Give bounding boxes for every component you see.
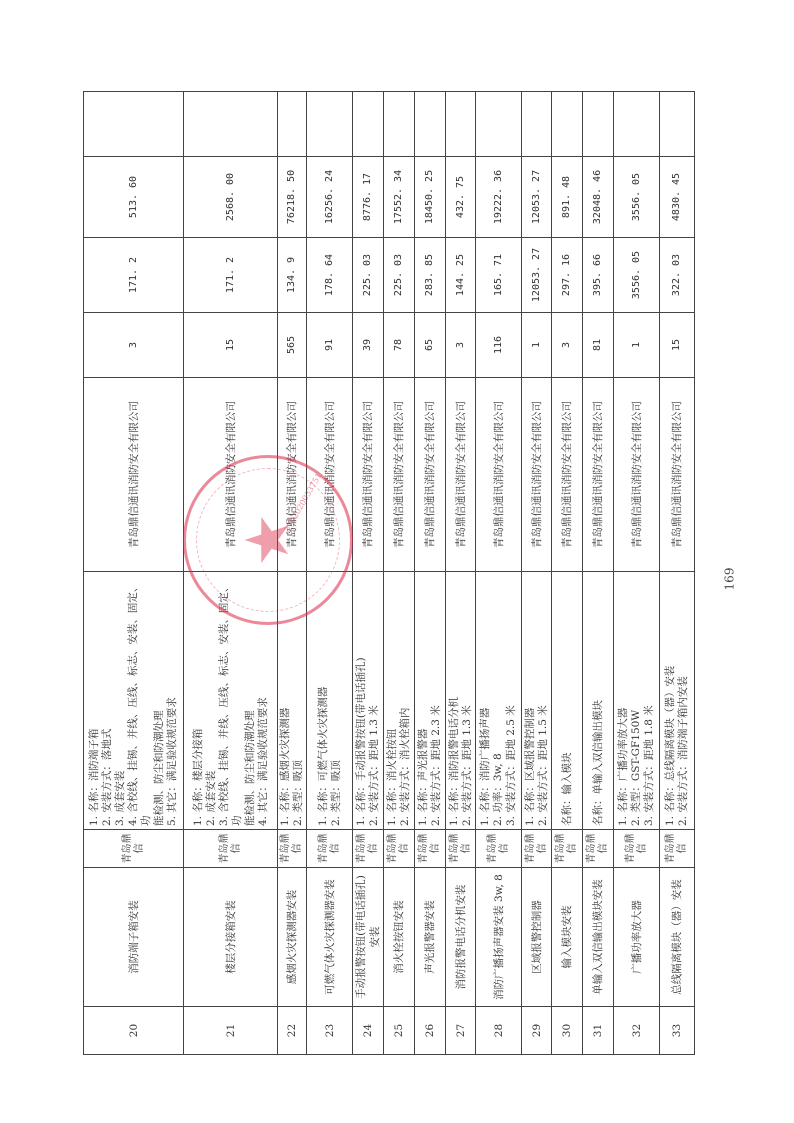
manufacturer-cell: 青岛鼎信通讯消防安全有限公司 [415,378,446,572]
remark-cell [184,92,278,157]
manufacturer-cell: 青岛鼎信通讯消防安全有限公司 [660,378,695,572]
table-row: 21楼层分接箱安装青岛鼎信1. 名称：楼层分接箱 2. 成套安装 3. 含校线、… [184,92,278,1055]
amount-cell: 17552. 34 [384,157,415,238]
seq-cell: 28 [476,1007,522,1055]
manufacturer-cell: 青岛鼎信通讯消防安全有限公司 [552,378,583,572]
spec-cell: 名称：输入模块 [552,572,583,830]
amount-cell: 3556. 05 [614,157,660,238]
table-row: 31单输入双信输出模块安装青岛鼎信名称：单输入双信输出模块青岛鼎信通讯消防安全有… [583,92,614,1055]
amount-cell: 12053. 27 [522,157,552,238]
quantity-cell: 3 [552,313,583,378]
seq-cell: 33 [660,1007,695,1055]
brand-cell: 青岛鼎信 [353,830,384,868]
quantity-cell: 116 [476,313,522,378]
manufacturer-cell: 青岛鼎信通讯消防安全有限公司 [307,378,353,572]
seq-cell: 27 [446,1007,476,1055]
brand-cell: 青岛鼎信 [446,830,476,868]
unit-price-cell: 178. 64 [307,238,353,313]
unit-price-cell: 225. 03 [353,238,384,313]
quantity-cell: 81 [583,313,614,378]
spec-cell: 1. 名称：手动报警按钮(带电话插孔) 2. 安装方式：距地 1.3 米 [353,572,384,830]
manufacturer-cell: 青岛鼎信通讯消防安全有限公司 [384,378,415,572]
table-row: 30输入模块安装青岛鼎信名称：输入模块青岛鼎信通讯消防安全有限公司3297. 1… [552,92,583,1055]
manufacturer-cell: 青岛鼎信通讯消防安全有限公司 [353,378,384,572]
spec-cell: 1. 名称：可燃气体火灾探测器 2. 类型：吸顶 [307,572,353,830]
item-name-cell: 输入模块安装 [552,868,583,1007]
table-row: 29区域报警控制器青岛鼎信1. 名称：区域报警控制器 2. 安装方式：距地 1.… [522,92,552,1055]
quantity-cell: 15 [184,313,278,378]
remark-cell [583,92,614,157]
table-row: 25消火栓按钮安装青岛鼎信1. 名称：消火栓按钮 2. 安装方式：消火栓箱内青岛… [384,92,415,1055]
quantity-cell: 39 [353,313,384,378]
amount-cell: 19222. 36 [476,157,522,238]
amount-cell: 32048. 46 [583,157,614,238]
item-name-cell: 单输入双信输出模块安装 [583,868,614,1007]
spec-cell: 1. 名称：消防广播扬声器 2. 功率：3w, 8 3. 安装方式：距地 2.5… [476,572,522,830]
brand-cell: 青岛鼎信 [552,830,583,868]
spec-cell: 1. 名称：楼层分接箱 2. 成套安装 3. 含校线、挂锡、并线、压线、标志、安… [184,572,278,830]
unit-price-cell: 144. 25 [446,238,476,313]
item-name-cell: 广播功率放大器 [614,868,660,1007]
quantity-cell: 78 [384,313,415,378]
table-row: 28消防广播扬声器安装 3w, 8青岛鼎信1. 名称：消防广播扬声器 2. 功率… [476,92,522,1055]
brand-cell: 青岛鼎信 [184,830,278,868]
unit-price-cell: 171. 2 [84,238,184,313]
spec-cell: 1. 名称：广播功率放大器 2. 类型：GST-GF150W 3. 安装方式：距… [614,572,660,830]
rotated-table-sheet: 20消防端子箱安装青岛鼎信1. 名称：消防端子箱 2. 安装方式：落地式 3. … [83,92,693,1055]
amount-cell: 891. 48 [552,157,583,238]
item-name-cell: 区域报警控制器 [522,868,552,1007]
remark-cell [415,92,446,157]
brand-cell: 青岛鼎信 [660,830,695,868]
seq-cell: 22 [278,1007,307,1055]
item-name-cell: 手动报警按钮(带电话插孔)安装 [353,868,384,1007]
unit-price-cell: 3556. 05 [614,238,660,313]
brand-cell: 青岛鼎信 [307,830,353,868]
unit-price-cell: 283. 85 [415,238,446,313]
table-row: 33总线隔离模块（器）安装青岛鼎信1. 名称：总线隔离模块（器）安装 2. 安装… [660,92,695,1055]
unit-price-cell: 12053. 27 [522,238,552,313]
unit-price-cell: 395. 66 [583,238,614,313]
amount-cell: 18450. 25 [415,157,446,238]
seq-cell: 25 [384,1007,415,1055]
bill-of-quantities-table: 20消防端子箱安装青岛鼎信1. 名称：消防端子箱 2. 安装方式：落地式 3. … [83,91,695,1055]
remark-cell [384,92,415,157]
unit-price-cell: 171. 2 [184,238,278,313]
item-name-cell: 楼层分接箱安装 [184,868,278,1007]
quantity-cell: 1 [522,313,552,378]
manufacturer-cell: 青岛鼎信通讯消防安全有限公司 [476,378,522,572]
item-name-cell: 声光报警器安装 [415,868,446,1007]
seq-cell: 24 [353,1007,384,1055]
quantity-cell: 3 [84,313,184,378]
brand-cell: 青岛鼎信 [614,830,660,868]
remark-cell [614,92,660,157]
amount-cell: 2568. 00 [184,157,278,238]
spec-cell: 1. 名称：总线隔离模块（器）安装 2. 安装方式：消防端子箱内安装 [660,572,695,830]
item-name-cell: 总线隔离模块（器）安装 [660,868,695,1007]
quantity-cell: 15 [660,313,695,378]
manufacturer-cell: 青岛鼎信通讯消防安全有限公司 [583,378,614,572]
amount-cell: 513. 60 [84,157,184,238]
remark-cell [278,92,307,157]
spec-cell: 1. 名称：消火栓按钮 2. 安装方式：消火栓箱内 [384,572,415,830]
remark-cell [353,92,384,157]
amount-cell: 8776. 17 [353,157,384,238]
item-name-cell: 消防端子箱安装 [84,868,184,1007]
remark-cell [84,92,184,157]
remark-cell [522,92,552,157]
item-name-cell: 可燃气体火灾探测器安装 [307,868,353,1007]
brand-cell: 青岛鼎信 [415,830,446,868]
table-row: 23可燃气体火灾探测器安装青岛鼎信1. 名称：可燃气体火灾探测器 2. 类型：吸… [307,92,353,1055]
quantity-cell: 91 [307,313,353,378]
unit-price-cell: 134. 9 [278,238,307,313]
quantity-cell: 65 [415,313,446,378]
brand-cell: 青岛鼎信 [522,830,552,868]
spec-cell: 1. 名称：消防端子箱 2. 安装方式：落地式 3. 成套安装 4. 含校线、挂… [84,572,184,830]
table-row: 24手动报警按钮(带电话插孔)安装青岛鼎信1. 名称：手动报警按钮(带电话插孔)… [353,92,384,1055]
manufacturer-cell: 青岛鼎信通讯消防安全有限公司 [614,378,660,572]
quantity-cell: 565 [278,313,307,378]
amount-cell: 16256. 24 [307,157,353,238]
unit-price-cell: 297. 16 [552,238,583,313]
spec-cell: 1. 名称：感烟火灾探测器 2. 类型：吸顶 [278,572,307,830]
page-number: 169 [722,568,736,591]
remark-cell [476,92,522,157]
table-row: 26声光报警器安装青岛鼎信1. 名称：声光报警器 2. 安装方式：距地 2.3 … [415,92,446,1055]
remark-cell [660,92,695,157]
seq-cell: 30 [552,1007,583,1055]
quantity-cell: 1 [614,313,660,378]
item-name-cell: 消火栓按钮安装 [384,868,415,1007]
brand-cell: 青岛鼎信 [278,830,307,868]
manufacturer-cell: 青岛鼎信通讯消防安全有限公司 [446,378,476,572]
manufacturer-cell: 青岛鼎信通讯消防安全有限公司 [278,378,307,572]
amount-cell: 432. 75 [446,157,476,238]
spec-cell: 名称：单输入双信输出模块 [583,572,614,830]
amount-cell: 76218. 50 [278,157,307,238]
manufacturer-cell: 青岛鼎信通讯消防安全有限公司 [522,378,552,572]
quantity-cell: 3 [446,313,476,378]
manufacturer-cell: 青岛鼎信通讯消防安全有限公司 [84,378,184,572]
seq-cell: 20 [84,1007,184,1055]
manufacturer-cell: 青岛鼎信通讯消防安全有限公司 [184,378,278,572]
item-name-cell: 消防广播扬声器安装 3w, 8 [476,868,522,1007]
brand-cell: 青岛鼎信 [583,830,614,868]
spec-cell: 1. 名称：消防报警电话分机 2. 安装方式：距地 1.3 米 [446,572,476,830]
spec-cell: 1. 名称：区域报警控制器 2. 安装方式：距地 1.5 米 [522,572,552,830]
table-row: 27消防报警电话分机安装青岛鼎信1. 名称：消防报警电话分机 2. 安装方式：距… [446,92,476,1055]
seq-cell: 31 [583,1007,614,1055]
seq-cell: 29 [522,1007,552,1055]
remark-cell [446,92,476,157]
table-row: 32广播功率放大器青岛鼎信1. 名称：广播功率放大器 2. 类型：GST-GF1… [614,92,660,1055]
seq-cell: 21 [184,1007,278,1055]
seq-cell: 23 [307,1007,353,1055]
table-row: 22感烟火灾探测器安装青岛鼎信1. 名称：感烟火灾探测器 2. 类型：吸顶青岛鼎… [278,92,307,1055]
brand-cell: 青岛鼎信 [384,830,415,868]
spec-cell: 1. 名称：声光报警器 2. 安装方式：距地 2.3 米 [415,572,446,830]
item-name-cell: 消防报警电话分机安装 [446,868,476,1007]
item-name-cell: 感烟火灾探测器安装 [278,868,307,1007]
remark-cell [307,92,353,157]
table-row: 20消防端子箱安装青岛鼎信1. 名称：消防端子箱 2. 安装方式：落地式 3. … [84,92,184,1055]
unit-price-cell: 322. 03 [660,238,695,313]
brand-cell: 青岛鼎信 [476,830,522,868]
unit-price-cell: 225. 03 [384,238,415,313]
seq-cell: 32 [614,1007,660,1055]
unit-price-cell: 165. 71 [476,238,522,313]
amount-cell: 4830. 45 [660,157,695,238]
brand-cell: 青岛鼎信 [84,830,184,868]
remark-cell [552,92,583,157]
seq-cell: 26 [415,1007,446,1055]
